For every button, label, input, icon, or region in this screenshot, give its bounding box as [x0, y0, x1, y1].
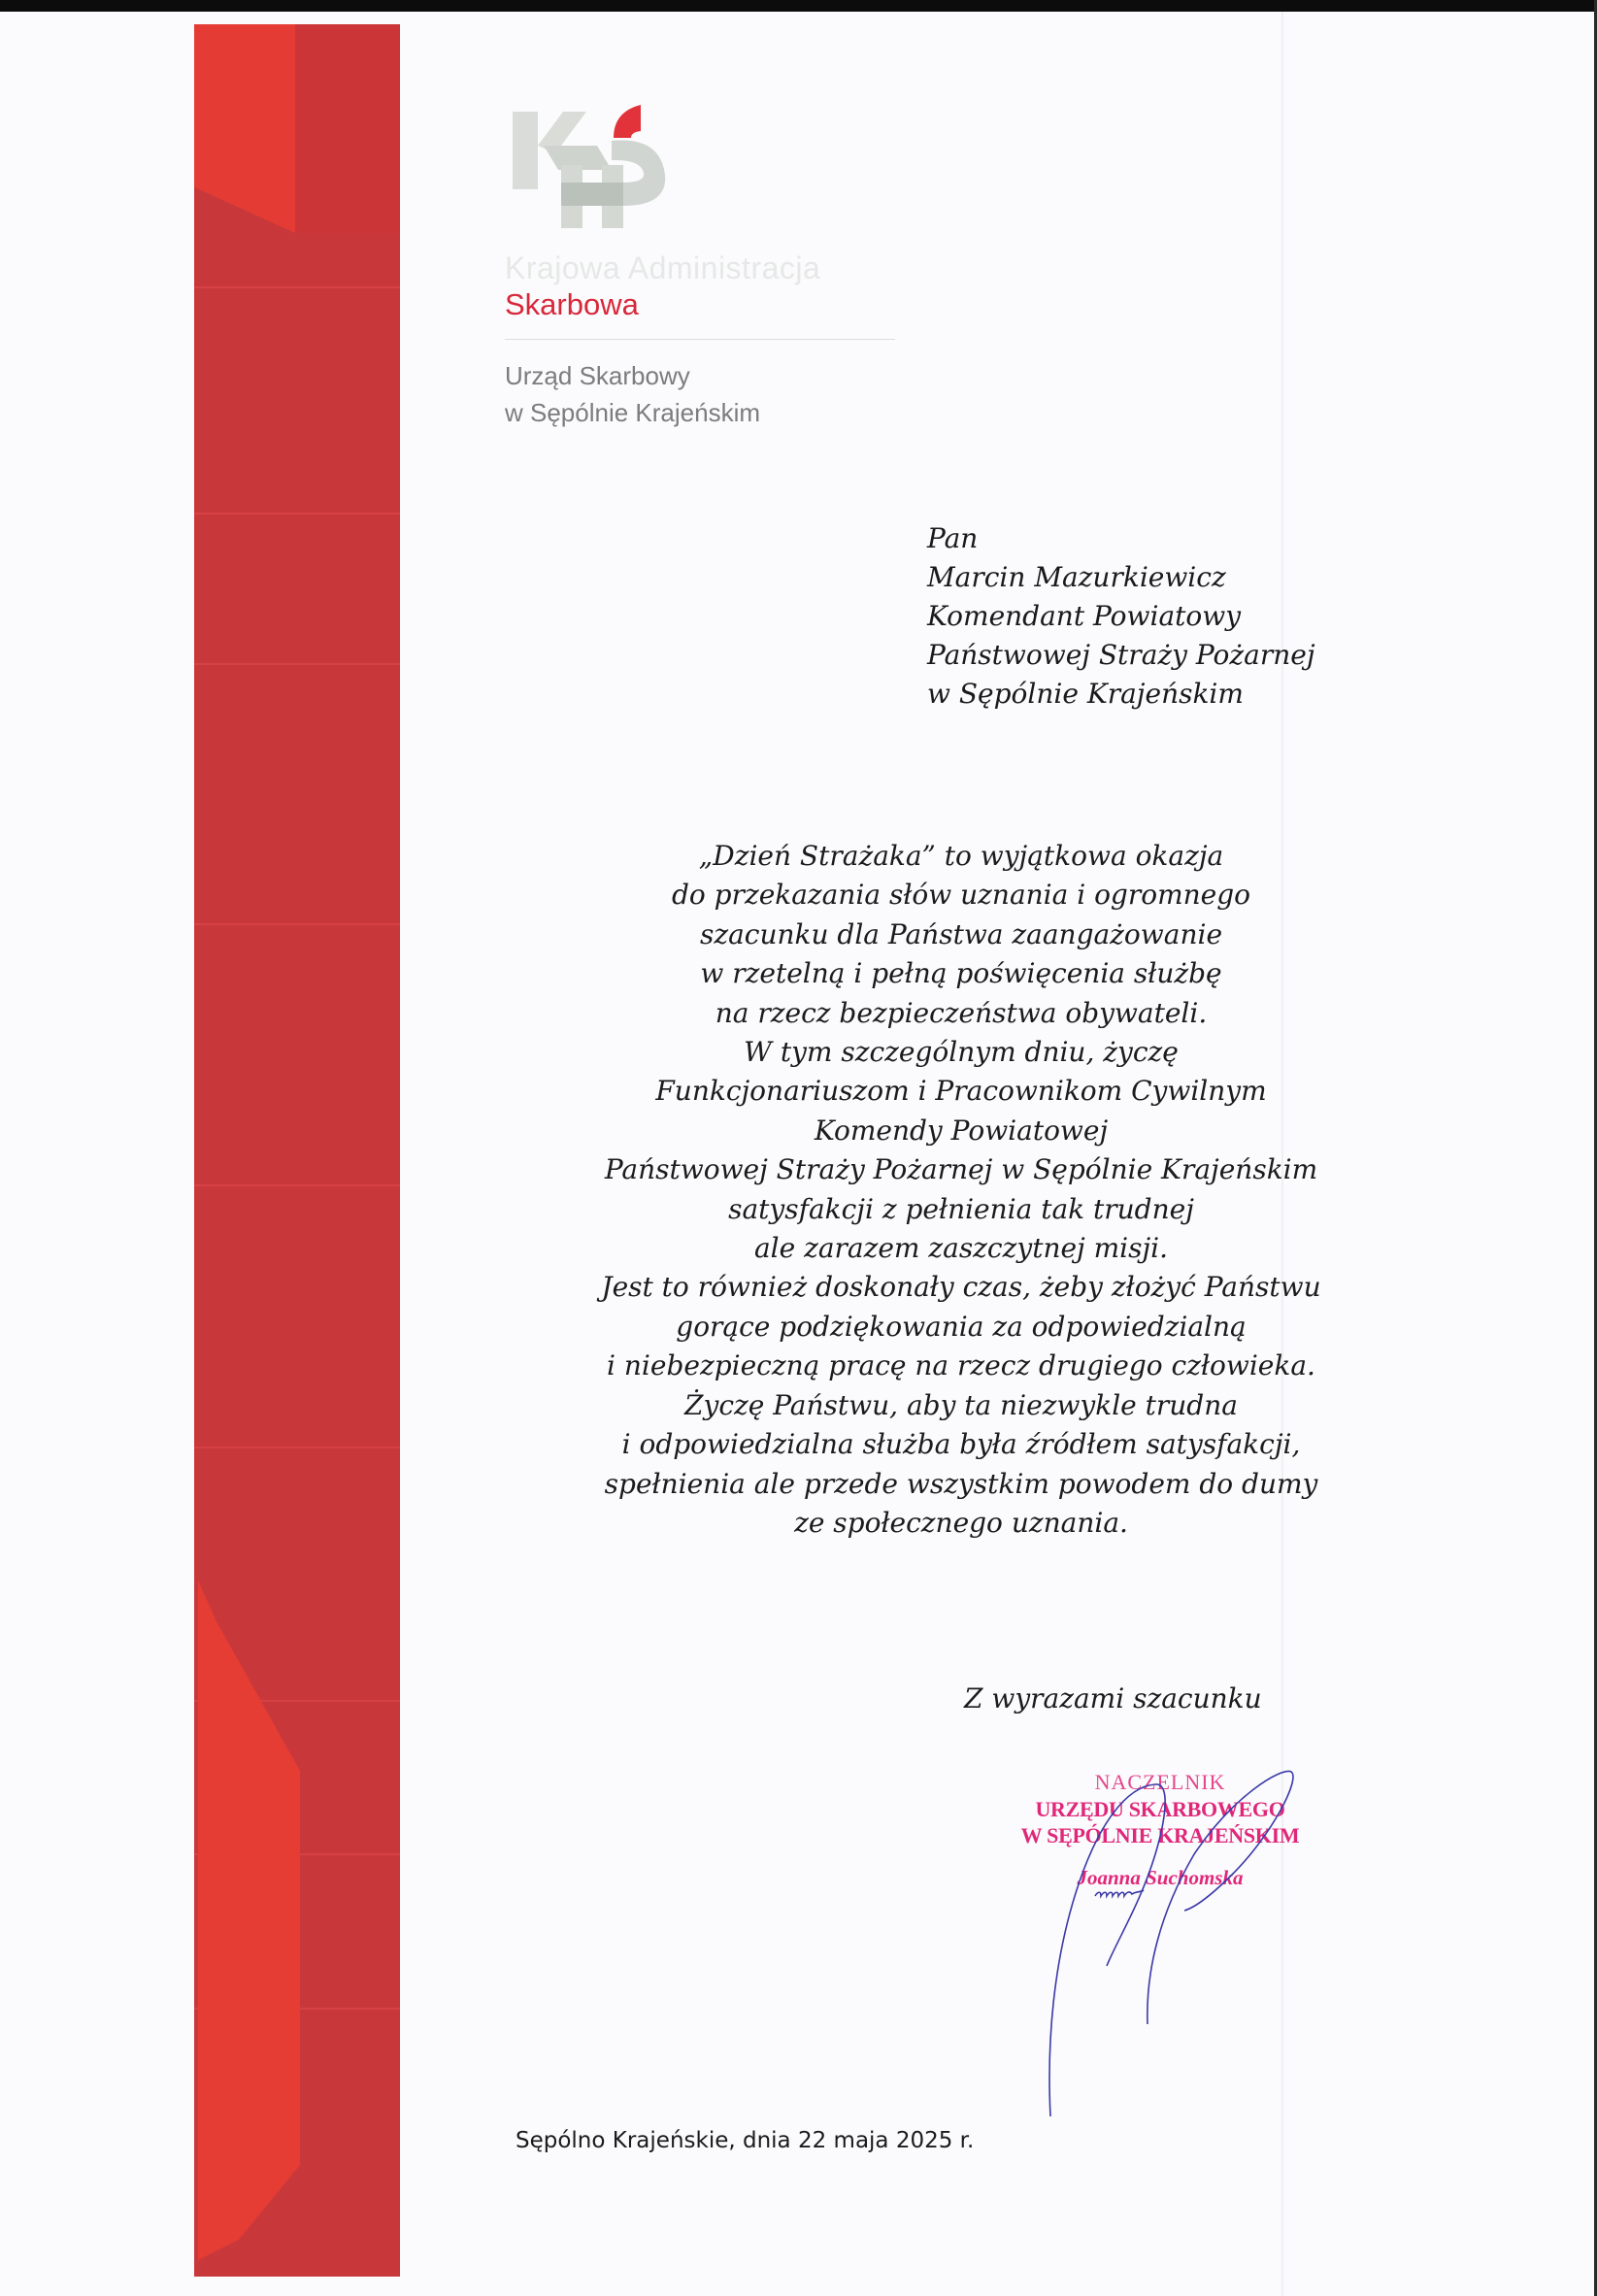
body-line: spełnienia ale przede wszystkim powodem … — [544, 1465, 1379, 1504]
body-line: W tym szczególnym dniu, życzę — [544, 1033, 1379, 1072]
kas-logo-icon — [505, 97, 680, 233]
body-line: i niebezpieczną pracę na rzecz drugiego … — [544, 1347, 1379, 1385]
body-line: „Dzień Strażaka” to wyjątkowa okazja — [544, 837, 1379, 876]
body-line: na rzecz bezpieczeństwa obywateli. — [544, 994, 1379, 1033]
office-name-line1: Urząd Skarbowy — [505, 357, 760, 394]
brand-name-line1: Krajowa Administracja — [505, 250, 820, 286]
body-line: Komendy Powiatowej — [544, 1112, 1379, 1150]
body-line: Jest to również doskonały czas, żeby zło… — [544, 1268, 1379, 1307]
body-line: szacunku dla Państwa zaangażowanie — [544, 915, 1379, 954]
closing-salutation: Z wyrazami szacunku — [964, 1682, 1262, 1714]
addressee-line: w Sępólnie Krajeńskim — [927, 675, 1315, 714]
body-line: do przekazania słów uznania i ogromnego — [544, 876, 1379, 915]
body-line: Państwowej Straży Pożarnej w Sępólnie Kr… — [544, 1150, 1379, 1189]
stamp-office: URZĘDU SKARBOWEGO — [1000, 1796, 1320, 1822]
office-name: Urząd Skarbowy w Sępólnie Krajeńskim — [505, 357, 760, 431]
body-line: Życzę Państwu, aby ta niezwykle trudna — [544, 1386, 1379, 1425]
addressee-line: Pan — [927, 519, 1315, 558]
office-name-line2: w Sępólnie Krajeńskim — [505, 394, 760, 431]
stamp-title: NACZELNIK — [1000, 1769, 1320, 1796]
stamp-location: W SĘPÓLNIE KRAJEŃSKIM — [1000, 1822, 1320, 1848]
stamp-signatory-name: Joanna Suchomska — [1000, 1866, 1320, 1890]
body-line: gorące podziękowania za odpowiedzialną — [544, 1308, 1379, 1347]
addressee-line: Marcin Mazurkiewicz — [927, 558, 1315, 597]
brand-name-line2: Skarbowa — [505, 287, 639, 322]
date-place-line: Sępólno Krajeńskie, dnia 22 maja 2025 r. — [516, 2128, 974, 2153]
decorative-red-stripe — [194, 24, 400, 2277]
addressee-block: Pan Marcin Mazurkiewicz Komendant Powiat… — [927, 519, 1315, 714]
addressee-line: Komendant Powiatowy — [927, 597, 1315, 636]
scan-top-border — [0, 0, 1597, 12]
letter-body: „Dzień Strażaka” to wyjątkowa okazja do … — [544, 837, 1379, 1543]
body-line: i odpowiedzialna służba była źródłem sat… — [544, 1425, 1379, 1464]
body-line: Funkcjonariuszom i Pracownikom Cywilnym — [544, 1072, 1379, 1111]
body-line: ale zarazem zaszczytnej misji. — [544, 1229, 1379, 1268]
official-stamp: NACZELNIK URZĘDU SKARBOWEGO W SĘPÓLNIE K… — [1000, 1769, 1320, 1890]
body-line: w rzetelną i pełną poświęcenia służbę — [544, 954, 1379, 993]
addressee-line: Państwowej Straży Pożarnej — [927, 636, 1315, 675]
body-line: ze społecznego uznania. — [544, 1504, 1379, 1543]
body-line: satysfakcji z pełnienia tak trudnej — [544, 1190, 1379, 1229]
header-divider — [505, 339, 895, 340]
